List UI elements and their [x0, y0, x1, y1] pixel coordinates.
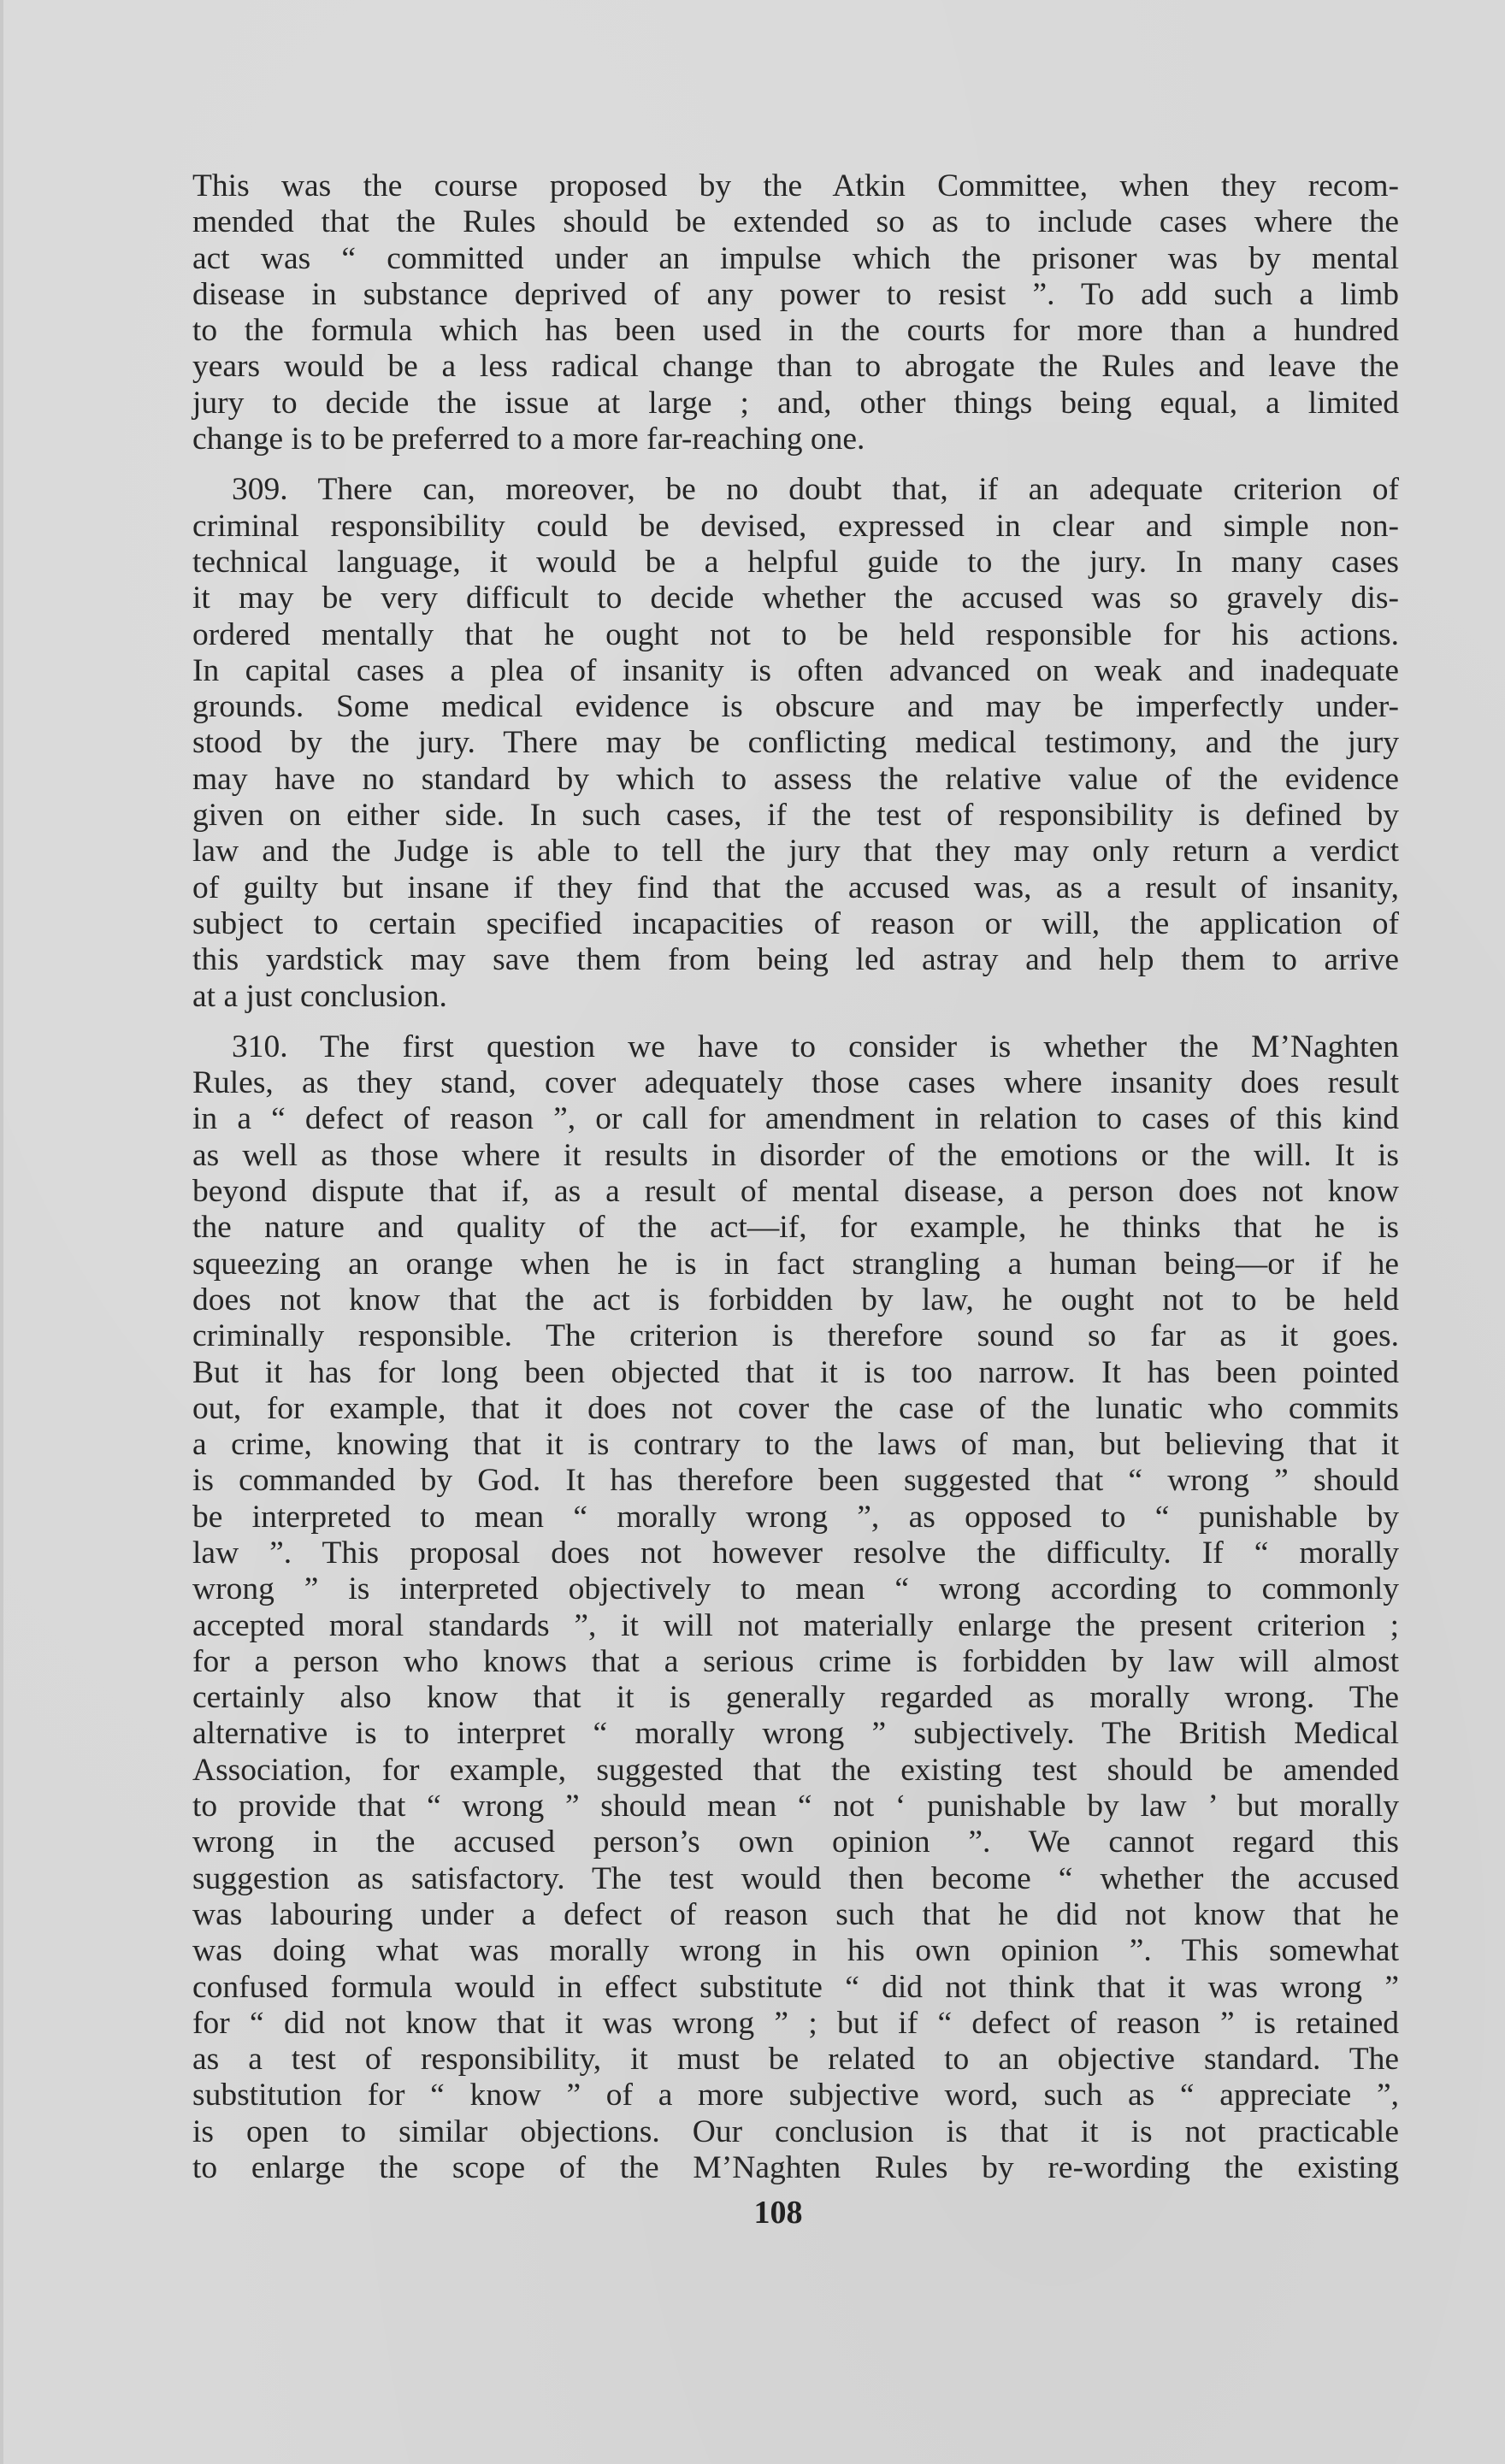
text-line: disease in substance deprived of any pow… [192, 277, 1399, 313]
text-line: a crime, knowing that it is contrary to … [192, 1427, 1399, 1463]
text-line: to provide that “ wrong ” should mean “ … [192, 1789, 1399, 1824]
text-line: Rules, as they stand, cover adequately t… [192, 1065, 1399, 1101]
text-line: criminally responsible. The criterion is… [192, 1318, 1399, 1354]
text-line: subject to certain specified incapacitie… [192, 906, 1399, 942]
paragraph-309: 309. There can, moreover, be no doubt th… [192, 472, 1399, 1014]
text-line: technical language, it would be a helpfu… [192, 545, 1399, 581]
text-line: wrong ” is interpreted objectively to me… [192, 1571, 1399, 1607]
text-line: But it has for long been objected that i… [192, 1355, 1399, 1391]
text-line: 310. The first question we have to consi… [192, 1029, 1399, 1065]
text-line: at a just conclusion. [192, 979, 1399, 1015]
text-line: for “ did not know that it was wrong ” ;… [192, 2006, 1399, 2042]
text-line: stood by the jury. There may be conflict… [192, 725, 1399, 761]
text-line: accepted moral standards ”, it will not … [192, 1608, 1399, 1644]
body-text: This was the course proposed by the Atki… [192, 168, 1399, 2186]
text-line: act was “ committed under an impulse whi… [192, 241, 1399, 277]
text-line: this yardstick may save them from being … [192, 942, 1399, 978]
text-line: alternative is to interpret “ morally wr… [192, 1716, 1399, 1752]
text-line: it may be very difficult to decide wheth… [192, 581, 1399, 616]
text-line: be interpreted to mean “ morally wrong ”… [192, 1500, 1399, 1536]
text-line: in a “ defect of reason ”, or call for a… [192, 1101, 1399, 1137]
text-line: grounds. Some medical evidence is obscur… [192, 689, 1399, 725]
text-line: criminal responsibility could be devised… [192, 509, 1399, 545]
text-line: This was the course proposed by the Atki… [192, 168, 1399, 204]
text-line: jury to decide the issue at large ; and,… [192, 386, 1399, 421]
text-line: wrong in the accused person’s own opinio… [192, 1824, 1399, 1860]
text-line: of guilty but insane if they find that t… [192, 870, 1399, 906]
paragraph-310: 310. The first question we have to consi… [192, 1029, 1399, 2187]
text-line: years would be a less radical change tha… [192, 349, 1399, 385]
text-line: beyond dispute that if, as a result of m… [192, 1174, 1399, 1210]
text-line: to the formula which has been used in th… [192, 313, 1399, 349]
text-line: given on either side. In such cases, if … [192, 798, 1399, 834]
text-line: as well as those where it results in dis… [192, 1138, 1399, 1174]
text-line: certainly also know that it is generally… [192, 1680, 1399, 1716]
page-number: 108 [0, 2194, 1505, 2231]
text-line: to enlarge the scope of the M’Naghten Ru… [192, 2150, 1399, 2186]
text-line: was doing what was morally wrong in his … [192, 1933, 1399, 1969]
text-line: as a test of responsibility, it must be … [192, 2042, 1399, 2078]
text-line: ordered mentally that he ought not to be… [192, 617, 1399, 653]
text-line: does not know that the act is forbidden … [192, 1282, 1399, 1318]
text-line: suggestion as satisfactory. The test wou… [192, 1861, 1399, 1897]
text-line: substitution for “ know ” of a more subj… [192, 2078, 1399, 2113]
text-line: was labouring under a defect of reason s… [192, 1897, 1399, 1933]
text-line: 309. There can, moreover, be no doubt th… [192, 472, 1399, 508]
text-line: mended that the Rules should be extended… [192, 204, 1399, 240]
page-edge [0, 0, 3, 2464]
text-line: Association, for example, suggested that… [192, 1753, 1399, 1789]
text-line: out, for example, that it does not cover… [192, 1391, 1399, 1427]
text-line: In capital cases a plea of insanity is o… [192, 653, 1399, 689]
text-line: law ”. This proposal does not however re… [192, 1536, 1399, 1571]
text-line: change is to be preferred to a more far-… [192, 421, 1399, 457]
text-line: for a person who knows that a serious cr… [192, 1644, 1399, 1680]
text-line: is commanded by God. It has therefore be… [192, 1463, 1399, 1499]
text-line: the nature and quality of the act—if, fo… [192, 1210, 1399, 1246]
text-line: confused formula would in effect substit… [192, 1970, 1399, 2006]
paragraph-continuation: This was the course proposed by the Atki… [192, 168, 1399, 457]
text-line: squeezing an orange when he is in fact s… [192, 1247, 1399, 1282]
text-line: may have no standard by which to assess … [192, 762, 1399, 798]
text-line: is open to similar objections. Our concl… [192, 2114, 1399, 2150]
text-line: law and the Judge is able to tell the ju… [192, 834, 1399, 869]
